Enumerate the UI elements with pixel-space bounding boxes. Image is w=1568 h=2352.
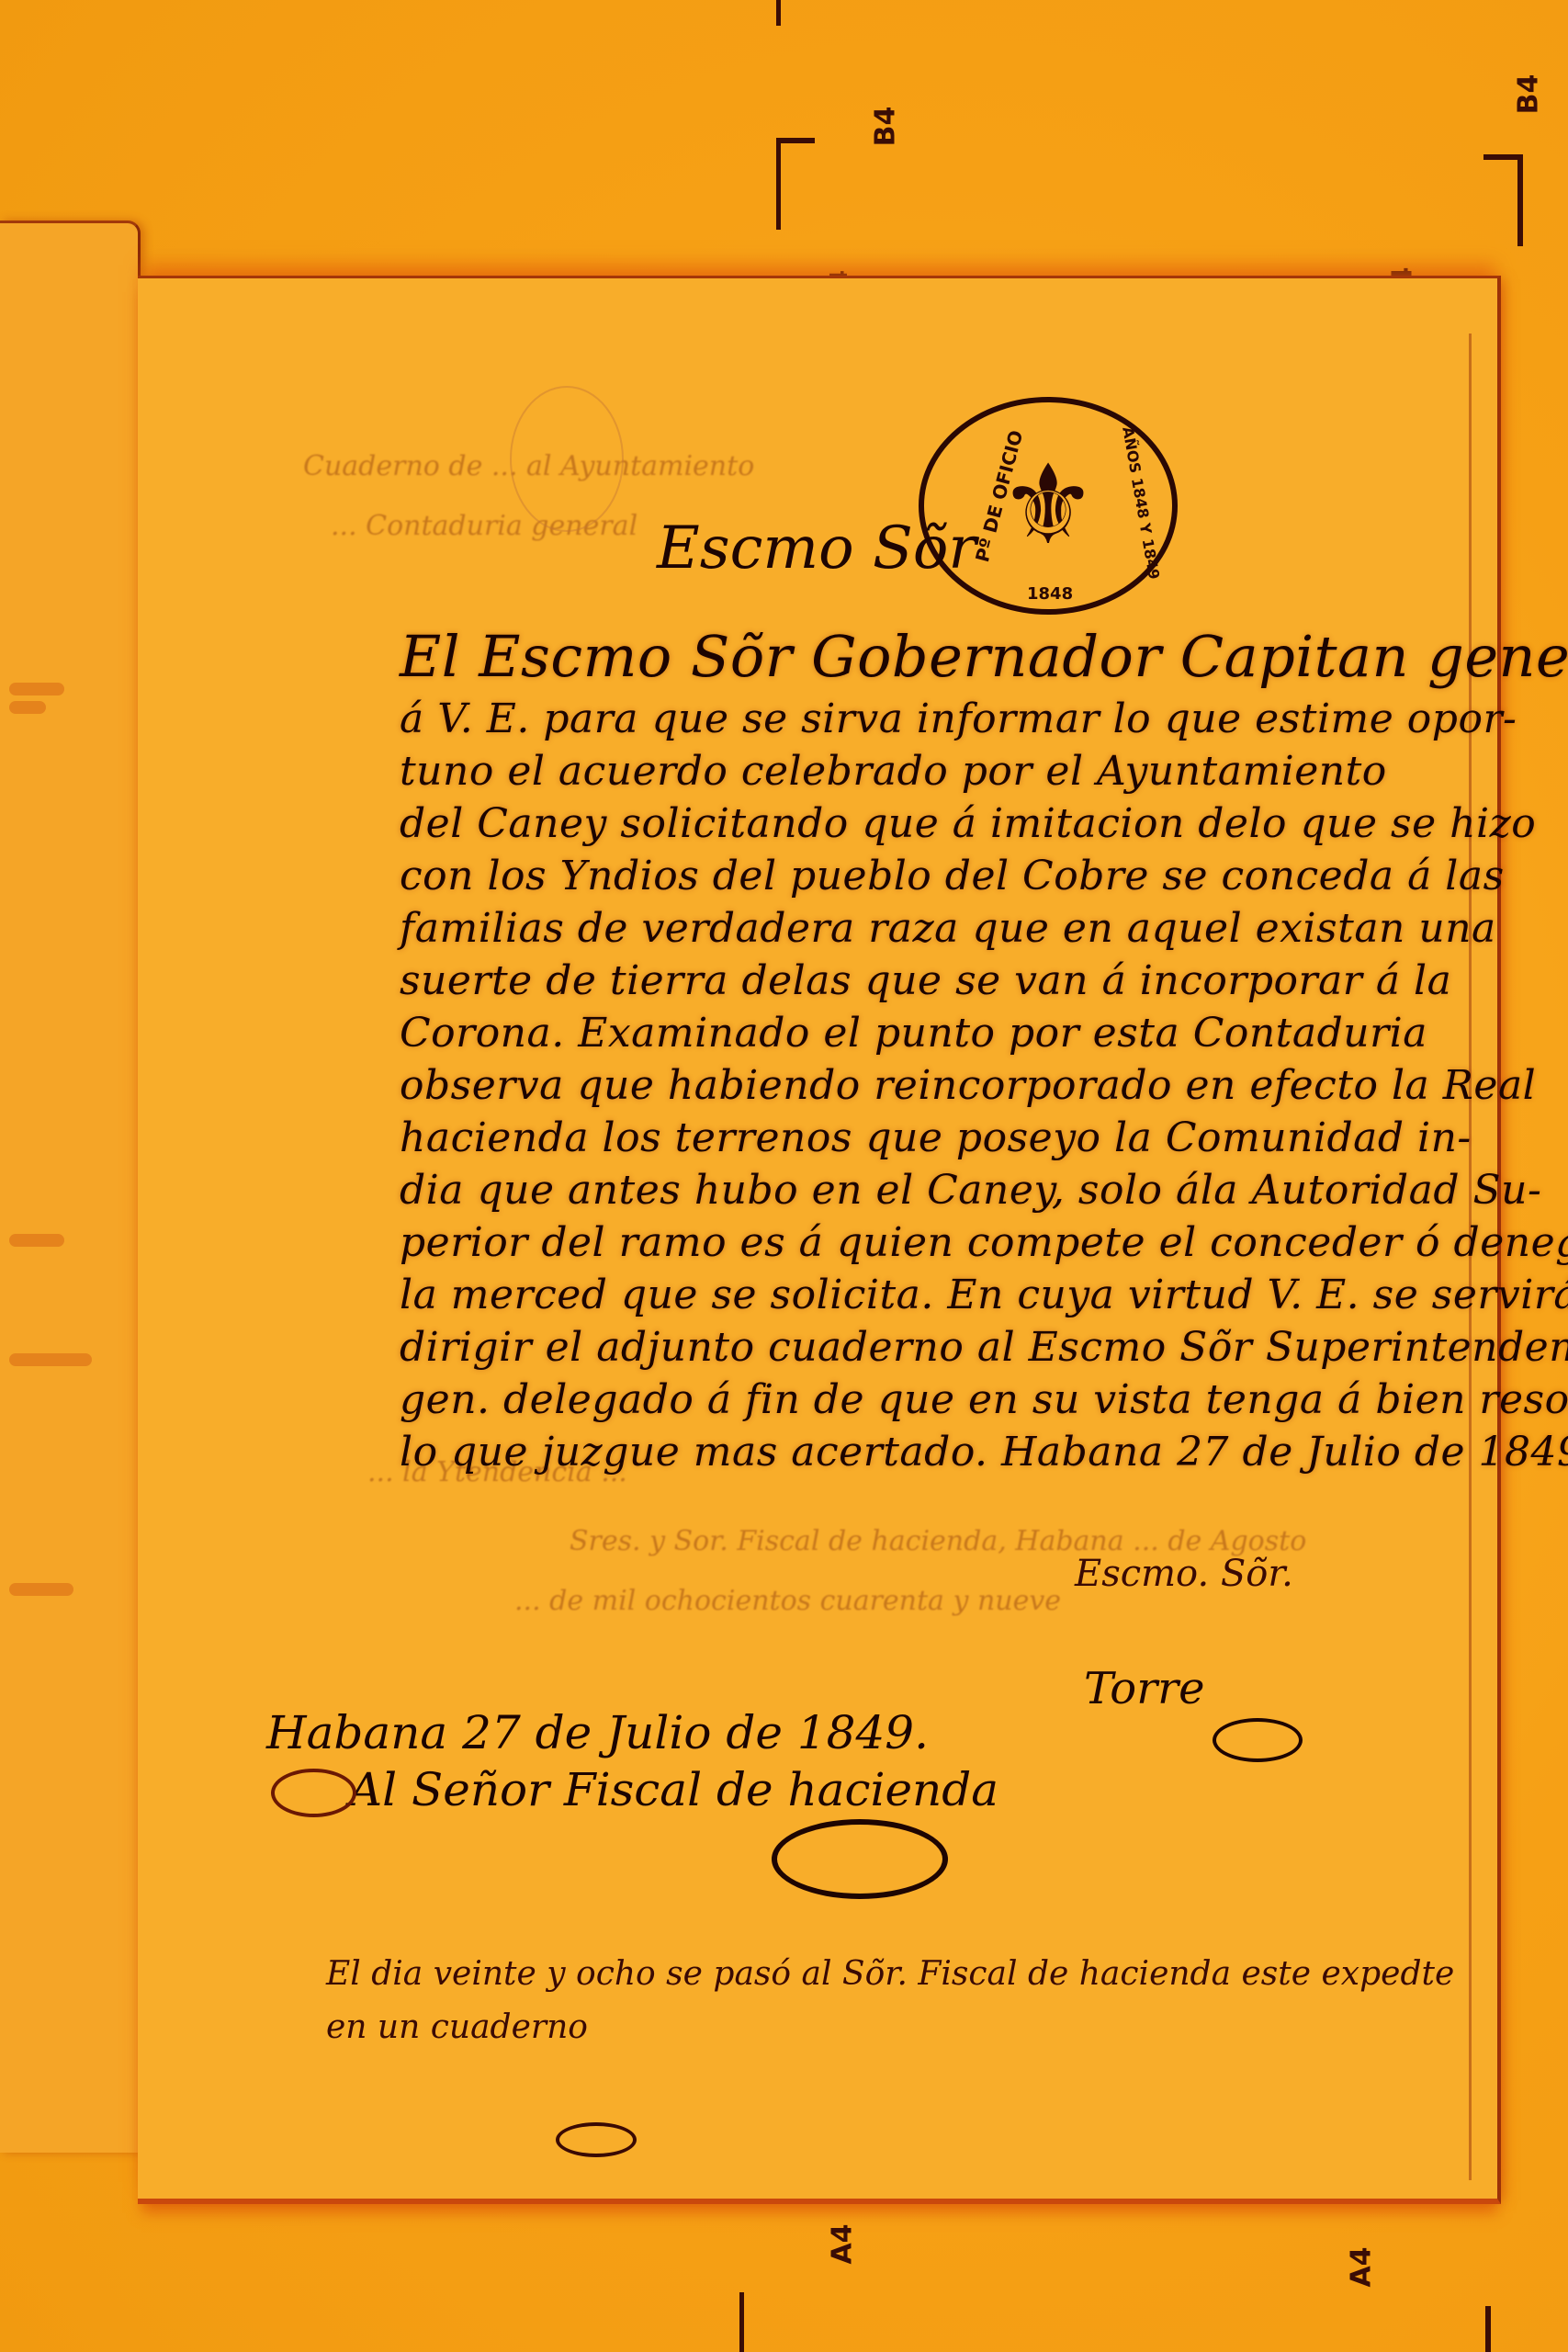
bleed-through-text: ... de mil ochocientos cuarenta y nueve bbox=[514, 1585, 1061, 1617]
body-line: observa que habiendo reincorporado en ef… bbox=[400, 1059, 1483, 1112]
crop-mark-top-left-horizontal bbox=[776, 138, 815, 143]
stamp-year: 1848 bbox=[1027, 584, 1073, 604]
crop-mark-bottom-left bbox=[739, 2292, 744, 2352]
decree-date: Habana 27 de Julio de 1849. bbox=[266, 1704, 998, 1761]
body-line: El Escmo Sõr Gobernador Capitan general … bbox=[400, 625, 1483, 693]
body-line: á V. E. para que se sirva informar lo qu… bbox=[400, 693, 1483, 745]
body-line: perior del ramo es á quien compete el co… bbox=[400, 1216, 1483, 1269]
crop-mark-top-right-vertical bbox=[1517, 154, 1523, 246]
decree-recipient: Al Señor Fiscal de hacienda bbox=[266, 1761, 998, 1818]
body-line: lo que juzgue mas acertado. Habana 27 de… bbox=[400, 1426, 1483, 1478]
note-line-2: en un cuaderno bbox=[326, 2001, 1454, 2054]
body-line: Corona. Examinado el punto por esta Cont… bbox=[400, 1007, 1483, 1059]
body-line: hacienda los terrenos que poseyo la Comu… bbox=[400, 1112, 1483, 1164]
body-line: suerte de tierra delas que se van á inco… bbox=[400, 955, 1483, 1007]
crop-mark-top-right-horizontal bbox=[1483, 154, 1522, 160]
body-line: familias de verdadera raza que en aquel … bbox=[400, 902, 1483, 955]
signature-torre: Torre bbox=[1084, 1663, 1204, 1714]
rubric-flourish bbox=[772, 1819, 948, 1899]
note-rubric bbox=[556, 2122, 637, 2157]
closing-salutation: Escmo. Sõr. bbox=[1075, 1553, 1293, 1595]
crop-label-top-right: B4 bbox=[1512, 74, 1544, 115]
crop-label-bottom-right: A4 bbox=[1346, 2246, 1378, 2287]
decree-block: Habana 27 de Julio de 1849. Al Señor Fis… bbox=[266, 1704, 998, 1818]
embossed-seal bbox=[510, 386, 624, 532]
crop-mark-top-left-vertical-2 bbox=[776, 138, 781, 230]
left-page-edge bbox=[0, 220, 141, 2153]
signature-flourish bbox=[1213, 1718, 1303, 1762]
body-line: con los Yndios del pueblo del Cobre se c… bbox=[400, 850, 1483, 902]
registry-note: El dia veinte y ocho se pasó al Sõr. Fis… bbox=[326, 1948, 1454, 2054]
body-line: la merced que se solicita. En cuya virtu… bbox=[400, 1269, 1483, 1321]
body-line: dia que antes hubo en el Caney, solo ála… bbox=[400, 1164, 1483, 1216]
body-line: tuno el acuerdo celebrado por el Ayuntam… bbox=[400, 745, 1483, 797]
rubric-flourish-left bbox=[271, 1769, 356, 1817]
body-line: del Caney solicitando que á imitacion de… bbox=[400, 797, 1483, 850]
body-line: dirigir el adjunto cuaderno al Escmo Sõr… bbox=[400, 1321, 1483, 1374]
crop-mark-bottom-right bbox=[1485, 2306, 1491, 2352]
body-line: gen. delegado á fin de que en su vista t… bbox=[400, 1374, 1483, 1426]
salutation: Escmo Sõr bbox=[657, 514, 976, 582]
note-line-1: El dia veinte y ocho se pasó al Sõr. Fis… bbox=[326, 1948, 1454, 2001]
letter-body: El Escmo Sõr Gobernador Capitan general … bbox=[400, 625, 1483, 1478]
crop-mark-top-left-vertical bbox=[776, 0, 781, 26]
stamp-text-right: AÑOS 1848 Y 1849 bbox=[1119, 425, 1163, 581]
crop-label-top-left: B4 bbox=[869, 107, 901, 147]
crop-label-bottom-left: A4 bbox=[827, 2223, 859, 2264]
